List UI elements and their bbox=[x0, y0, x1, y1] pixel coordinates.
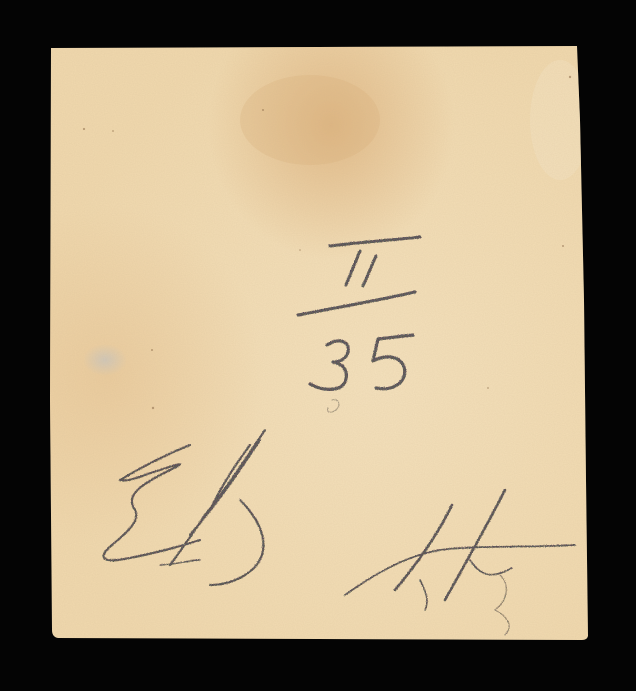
photo-background: II 35 signature mark (left) signature ma… bbox=[0, 0, 636, 691]
stamp-reverse bbox=[0, 0, 636, 691]
